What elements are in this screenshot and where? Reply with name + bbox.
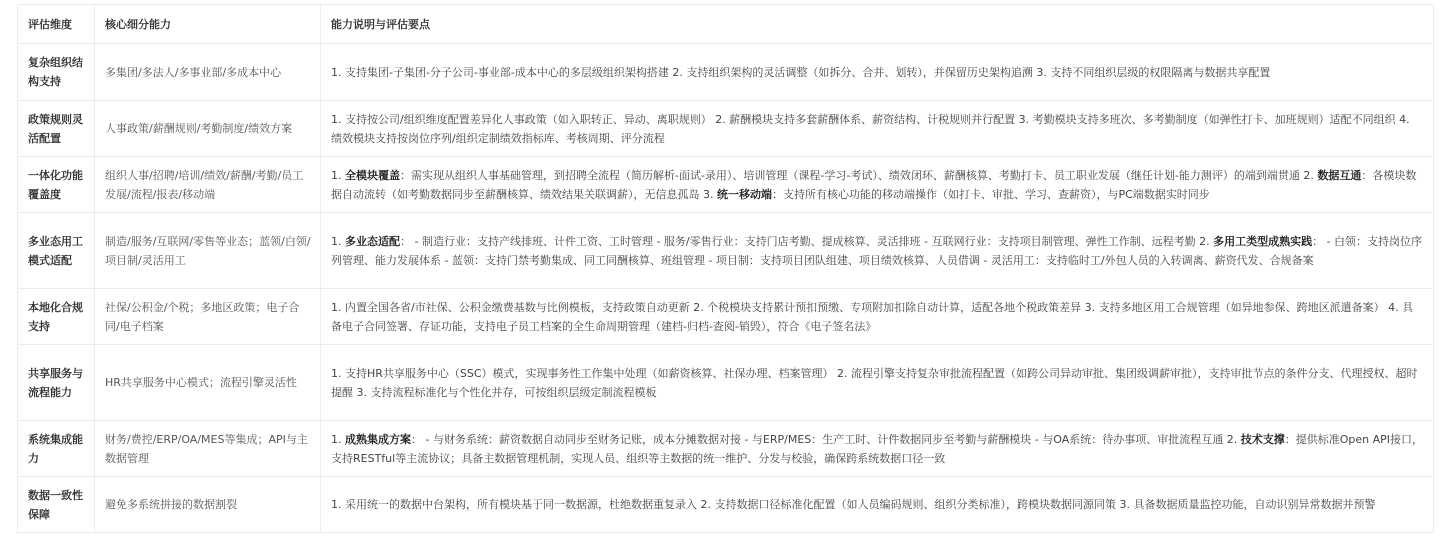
description-cell: 1. 全模块覆盖：需实现从组织人事基础管理，到招聘全流程（简历解析-面试-录用）… — [321, 157, 1434, 213]
emphasis-label: 多用工类型成熟实践 — [1213, 235, 1312, 248]
table-row: 多业态用工模式适配 制造/服务/互联网/零售等业态；蓝领/白领/项目制/灵活用工… — [18, 213, 1434, 289]
table-row: 本地化合规支持 社保/公积金/个税；多地区政策；电子合同/电子档案 1. 内置全… — [18, 289, 1434, 345]
emphasis-label: 技术支撑 — [1241, 433, 1285, 446]
sub-capability-cell: 人事政策/薪酬规则/考勤制度/绩效方案 — [95, 101, 321, 157]
description-cell: 1. 多业态适配： - 制造行业：支持产线排班、计件工资、工时管理 - 服务/零… — [321, 213, 1434, 289]
table-header-row: 评估维度 核心细分能力 能力说明与评估要点 — [18, 5, 1434, 44]
header-dimension: 评估维度 — [18, 5, 95, 44]
evaluation-table: 评估维度 核心细分能力 能力说明与评估要点 复杂组织结构支持 多集团/多法人/多… — [17, 4, 1434, 533]
sub-capability-cell: HR共享服务中心模式；流程引擎灵活性 — [95, 345, 321, 421]
dimension-cell: 系统集成能力 — [18, 421, 95, 477]
emphasis-label: 全模块覆盖 — [345, 169, 400, 182]
description-cell: 1. 支持HR共享服务中心（SSC）模式，实现事务性工作集中处理（如薪资核算、社… — [321, 345, 1434, 421]
dimension-cell: 多业态用工模式适配 — [18, 213, 95, 289]
header-sub-capability: 核心细分能力 — [95, 5, 321, 44]
emphasis-label: 多业态适配 — [345, 235, 400, 248]
dimension-cell: 数据一致性保障 — [18, 477, 95, 533]
description-cell: 1. 成熟集成方案： - 与财务系统：薪资数据自动同步至财务记账，成本分摊数据对… — [321, 421, 1434, 477]
table-row: 一体化功能覆盖度 组织人事/招聘/培训/绩效/薪酬/考勤/员工发展/流程/报表/… — [18, 157, 1434, 213]
sub-capability-cell: 避免多系统拼接的数据割裂 — [95, 477, 321, 533]
table-row: 共享服务与流程能力 HR共享服务中心模式；流程引擎灵活性 1. 支持HR共享服务… — [18, 345, 1434, 421]
description-cell: 1. 支持按公司/组织维度配置差异化人事政策（如入职转正、异动、离职规则） 2.… — [321, 101, 1434, 157]
dimension-cell: 一体化功能覆盖度 — [18, 157, 95, 213]
sub-capability-cell: 制造/服务/互联网/零售等业态；蓝领/白领/项目制/灵活用工 — [95, 213, 321, 289]
dimension-cell: 政策规则灵活配置 — [18, 101, 95, 157]
table-row: 复杂组织结构支持 多集团/多法人/多事业部/多成本中心 1. 支持集团-子集团-… — [18, 44, 1434, 101]
dimension-cell: 共享服务与流程能力 — [18, 345, 95, 421]
description-cell: 1. 采用统一的数据中台架构，所有模块基于同一数据源，杜绝数据重复录入 2. 支… — [321, 477, 1434, 533]
description-cell: 1. 内置全国各省/市社保、公积金缴费基数与比例模板，支持政策自动更新 2. 个… — [321, 289, 1434, 345]
sub-capability-cell: 多集团/多法人/多事业部/多成本中心 — [95, 44, 321, 101]
description-cell: 1. 支持集团-子集团-分子公司-事业部-成本中心的多层级组织架构搭建 2. 支… — [321, 44, 1434, 101]
sub-capability-cell: 财务/费控/ERP/OA/MES等集成；API与主数据管理 — [95, 421, 321, 477]
dimension-cell: 复杂组织结构支持 — [18, 44, 95, 101]
table-row: 系统集成能力 财务/费控/ERP/OA/MES等集成；API与主数据管理 1. … — [18, 421, 1434, 477]
dimension-cell: 本地化合规支持 — [18, 289, 95, 345]
emphasis-label: 成熟集成方案 — [345, 433, 411, 446]
header-description: 能力说明与评估要点 — [321, 5, 1434, 44]
table-row: 数据一致性保障 避免多系统拼接的数据割裂 1. 采用统一的数据中台架构，所有模块… — [18, 477, 1434, 533]
emphasis-label: 统一移动端 — [717, 188, 772, 201]
sub-capability-cell: 社保/公积金/个税；多地区政策；电子合同/电子档案 — [95, 289, 321, 345]
evaluation-table-container: 评估维度 核心细分能力 能力说明与评估要点 复杂组织结构支持 多集团/多法人/多… — [17, 4, 1433, 533]
emphasis-label: 数据互通 — [1317, 169, 1361, 182]
table-row: 政策规则灵活配置 人事政策/薪酬规则/考勤制度/绩效方案 1. 支持按公司/组织… — [18, 101, 1434, 157]
sub-capability-cell: 组织人事/招聘/培训/绩效/薪酬/考勤/员工发展/流程/报表/移动端 — [95, 157, 321, 213]
